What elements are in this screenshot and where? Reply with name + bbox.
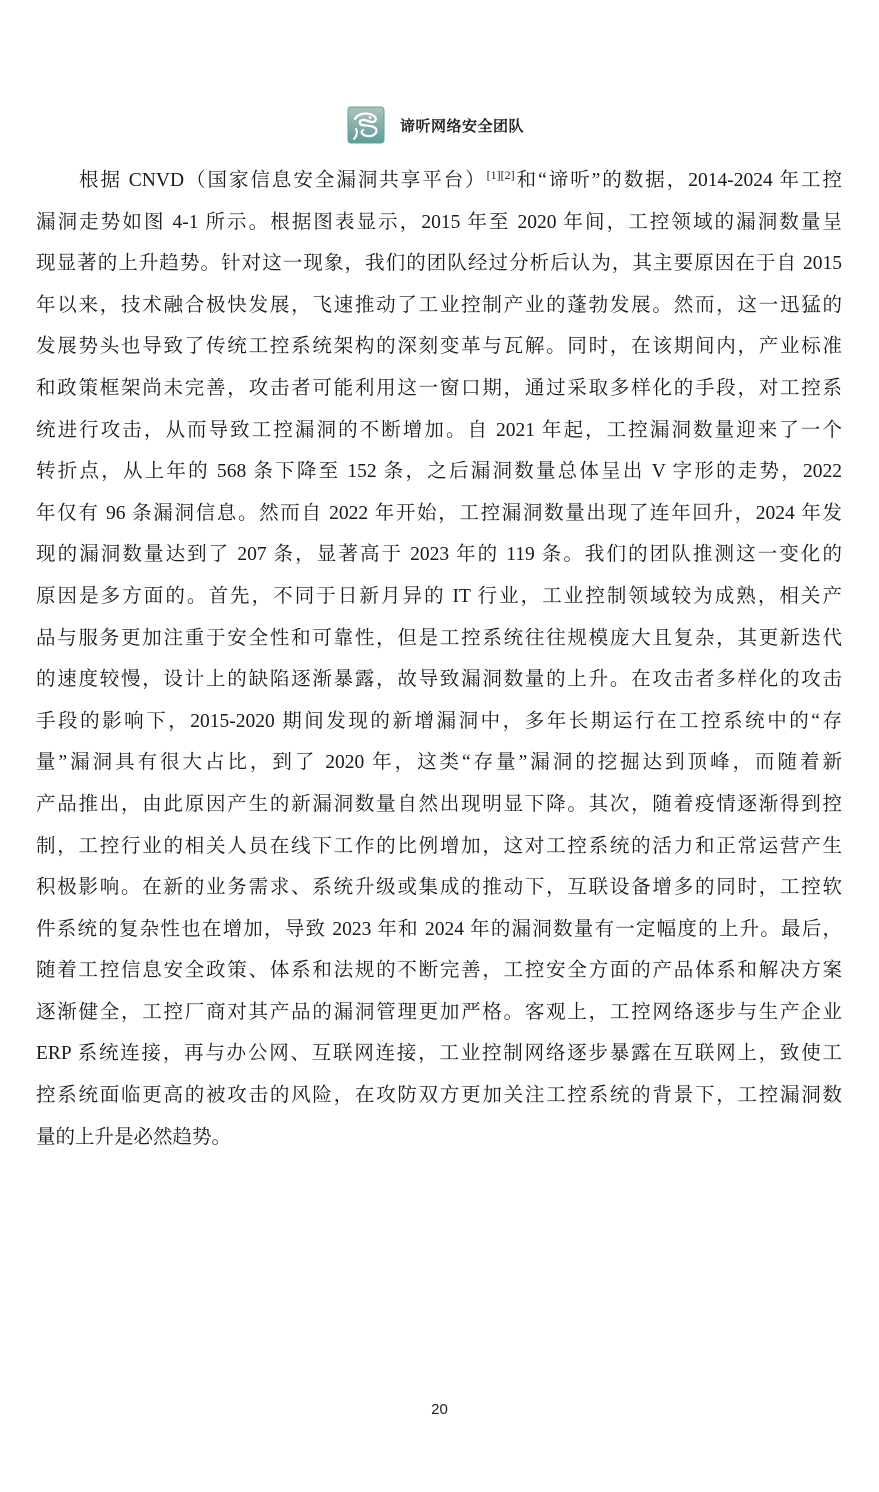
paragraph-line: 手段的影响下，2015-2020 期间发现的新增漏洞中，多年长期运行在工控系统中…	[36, 701, 842, 743]
paragraph-line: 统进行攻击，从而导致工控漏洞的不断增加。自 2021 年起，工控漏洞数量迎来了一…	[36, 410, 842, 452]
paragraph-line: 逐渐健全，工控厂商对其产品的漏洞管理更加严格。客观上，工控网络逐步与生产企业	[36, 992, 842, 1034]
paragraph-line: 量”漏洞具有很大占比，到了 2020 年，这类“存量”漏洞的挖掘达到顶峰，而随着…	[36, 742, 842, 784]
paragraph-line: 的速度较慢，设计上的缺陷逐渐暴露，故导致漏洞数量的上升。在攻击者多样化的攻击	[36, 659, 842, 701]
paragraph-line: 控系统面临更高的被攻击的风险，在攻防双方更加关注工控系统的背景下，工控漏洞数	[36, 1075, 842, 1117]
body-paragraph: 根据 CNVD（国家信息安全漏洞共享平台）[1][2]和“谛听”的数据，2014…	[36, 160, 842, 1158]
page-number: 20	[0, 1401, 879, 1418]
paragraph-line: 积极影响。在新的业务需求、系统升级或集成的推动下，互联设备增多的同时，工控软	[36, 867, 842, 909]
paragraph-line: 产品推出，由此原因产生的新漏洞数量自然出现明显下降。其次，随着疫情逐渐得到控	[36, 784, 842, 826]
paragraph-line: 和政策框架尚未完善，攻击者可能利用这一窗口期，通过采取多样化的手段，对工控系	[36, 368, 842, 410]
paragraph-line: 件系统的复杂性也在增加，导致 2023 年和 2024 年的漏洞数量有一定幅度的…	[36, 909, 842, 951]
paragraph-line: 现显著的上升趋势。针对这一现象，我们的团队经过分析后认为，其主要原因在于自 20…	[36, 243, 842, 285]
line-text-before-citation: 根据 CNVD（国家信息安全漏洞共享平台）	[79, 170, 487, 191]
paragraph-line: 现的漏洞数量达到了 207 条，显著高于 2023 年的 119 条。我们的团队…	[36, 534, 842, 576]
paragraph-line: 量的上升是必然趋势。	[36, 1117, 842, 1159]
paragraph-line: 品与服务更加注重于安全性和可靠性，但是工控系统往往规模庞大且复杂，其更新迭代	[36, 618, 842, 660]
header-title: 谛听网络安全团队	[400, 115, 524, 136]
paragraph-line: 随着工控信息安全政策、体系和法规的不断完善，工控安全方面的产品体系和解决方案	[36, 950, 842, 992]
paragraph-line: 漏洞走势如图 4-1 所示。根据图表显示，2015 年至 2020 年间，工控领…	[36, 202, 842, 244]
page-header: 谛听网络安全团队	[346, 104, 524, 146]
citation-superscript: [1][2]	[487, 168, 515, 182]
paragraph-line: 根据 CNVD（国家信息安全漏洞共享平台）[1][2]和“谛听”的数据，2014…	[36, 160, 842, 202]
paragraph-line: 转折点，从上年的 568 条下降至 152 条，之后漏洞数量总体呈出 V 字形的…	[36, 451, 842, 493]
dragon-seal-logo-icon	[346, 105, 386, 145]
paragraph-line: 年仅有 96 条漏洞信息。然而自 2022 年开始，工控漏洞数量出现了连年回升，…	[36, 493, 842, 535]
line-text-after-citation: 和“谛听”的数据，2014-2024 年工控	[515, 170, 842, 191]
paragraph-line: 发展势头也导致了传统工控系统架构的深刻变革与瓦解。同时，在该期间内，产业标准	[36, 326, 842, 368]
paragraph-line: ERP 系统连接，再与办公网、互联网连接，工业控制网络逐步暴露在互联网上，致使工	[36, 1033, 842, 1075]
paragraph-line: 制，工控行业的相关人员在线下工作的比例增加，这对工控系统的活力和正常运营产生	[36, 826, 842, 868]
paragraph-line: 原因是多方面的。首先，不同于日新月异的 IT 行业，工业控制领域较为成熟，相关产	[36, 576, 842, 618]
paragraph-line: 年以来，技术融合极快发展，飞速推动了工业控制产业的蓬勃发展。然而，这一迅猛的	[36, 285, 842, 327]
